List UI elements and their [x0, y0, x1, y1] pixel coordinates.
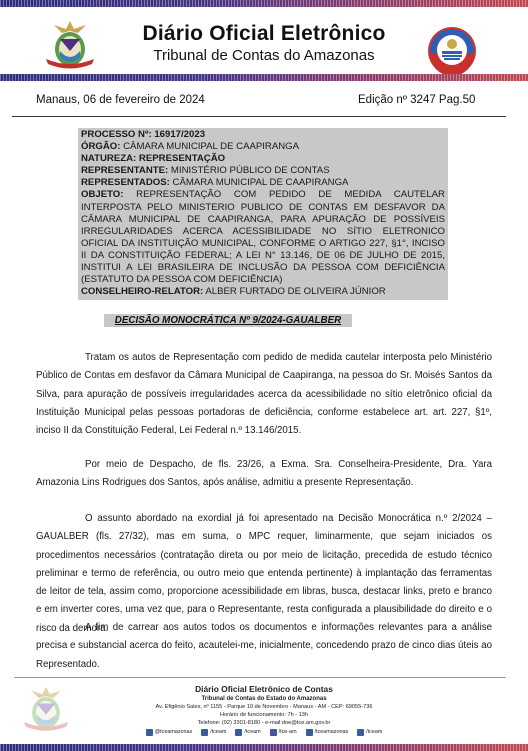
footer-address: Av. Efigênio Sales, nº 1155 - Parque 10 …: [0, 703, 528, 711]
certification-seal-icon: [427, 26, 477, 76]
footer-organization: Tribunal de Contas do Estado do Amazonas: [0, 695, 528, 703]
process-nature: NATUREZA: REPRESENTAÇÃO: [81, 153, 445, 165]
social-links: @tceamazonas /tceam /tceam /tce-am /tcea…: [0, 729, 528, 736]
flickr-icon: [270, 729, 277, 736]
social-link-twitter[interactable]: /tceam: [235, 729, 260, 736]
instagram-icon: [146, 729, 153, 736]
header-divider-band: [0, 74, 528, 81]
youtube-icon: [306, 729, 313, 736]
process-summary-box: PROCESSO Nº: 16917/2023 ÓRGÃO: CÂMARA MU…: [78, 128, 448, 300]
facebook-icon: [201, 729, 208, 736]
edition-number: Edição nº 3247 Pag.50: [358, 94, 475, 106]
social-link-youtube[interactable]: /tceamazonas: [306, 729, 349, 736]
top-decorative-band: [0, 0, 528, 7]
social-link-instagram[interactable]: @tceamazonas: [146, 729, 193, 736]
process-rapporteur: CONSELHEIRO-RELATOR: ALBER FURTADO DE OL…: [81, 286, 445, 298]
footer-hours: Horário de funcionamento: 7h - 13h: [0, 711, 528, 719]
publication-date: Manaus, 06 de fevereiro de 2024: [36, 94, 205, 106]
footer-title: Diário Oficial Eletrônico de Contas: [0, 683, 528, 695]
footer-contact: Telefone: (92) 3301-8180 - e-mail:doe@tc…: [0, 719, 528, 727]
process-number: PROCESSO Nº: 16917/2023: [81, 129, 445, 141]
social-link-soundcloud[interactable]: /tceam: [357, 729, 382, 736]
decision-title: DECISÃO MONOCRÁTICA Nº 9/2024-GAUALBER: [104, 314, 352, 327]
footer-divider: [14, 677, 506, 678]
soundcloud-icon: [357, 729, 364, 736]
decision-paragraph: Por meio de Despacho, de fls. 23/26, a E…: [36, 456, 492, 493]
bottom-decorative-band: [0, 744, 528, 751]
twitter-icon: [235, 729, 242, 736]
page-header: Diário Oficial Eletrônico Tribunal de Co…: [0, 7, 528, 74]
social-link-facebook[interactable]: /tceam: [201, 729, 226, 736]
process-representative: REPRESENTANTE: MINISTÉRIO PÚBLICO DE CON…: [81, 165, 445, 177]
edition-meta: Manaus, 06 de fevereiro de 2024 Edição n…: [0, 94, 528, 110]
social-link-flickr[interactable]: /tce-am: [270, 729, 297, 736]
process-organ: ÓRGÃO: CÂMARA MUNICIPAL DE CAAPIRANGA: [81, 141, 445, 153]
meta-divider: [12, 116, 506, 117]
process-object: OBJETO: REPRESENTAÇÃO COM PEDIDO DE MEDI…: [81, 189, 445, 286]
process-represented: REPRESENTADOS: CÂMARA MUNICIPAL DE CAAPI…: [81, 177, 445, 189]
decision-paragraph: Tratam os autos de Representação com ped…: [36, 349, 492, 440]
decision-paragraph: A fim de carrear aos autos todos os docu…: [36, 619, 492, 674]
page-footer: Diário Oficial Eletrônico de Contas Trib…: [0, 683, 528, 736]
